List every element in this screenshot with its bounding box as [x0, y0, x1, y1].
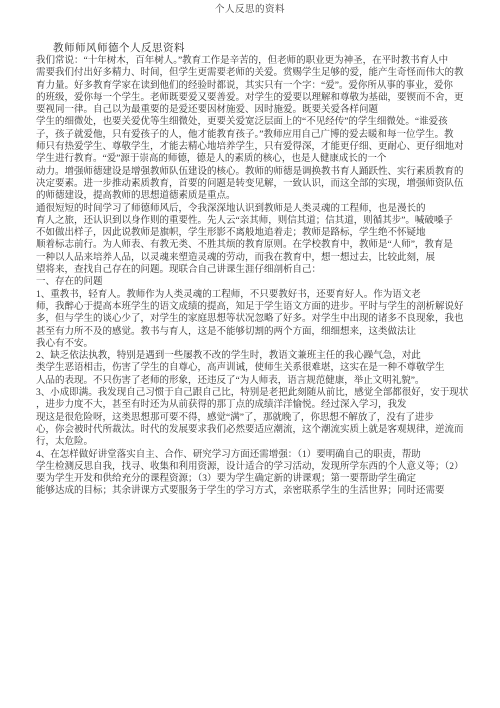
body-line: 育力量。好多教育学家在读到他们的经验时都说，其实只有一个字：“爱”。爱你所从事的… [36, 80, 470, 92]
body-line: 需要我们付出好多精力、时间，但学生更需要老师的关爱。赏赐学生足够的爱，能产生奇怪… [36, 67, 470, 79]
document-content: 教师师风师德个人反思资料 我们常说：“十年树木，百年树人。”教育工作是辛苦的，但… [36, 42, 470, 498]
body-line: 2、缺乏依法执教，特别是遇到一些屡教不改的学生时，教语文兼班主任的我心躁气急，对… [36, 350, 470, 362]
document-page: 个人反思的资料 教师师风师德个人反思资料 我们常说：“十年树木，百年树人。”教育… [0, 0, 500, 708]
body-line: 决定要素。进一步推动素质教育，首要的问题是转变见解，一致认识，而这全部的实现，增… [36, 178, 470, 190]
body-line: 育人之旅，还认识到以身作则的重要性。先人云“亲其师，则信其道；信其道，则循其步”… [36, 215, 470, 227]
document-title: 教师师风师德个人反思资料 [53, 42, 470, 55]
body-line: 多，但与学生的谈心少了，对学生的家庭思想等状况忽略了好多。对学生中出现的诸多不良… [36, 313, 470, 325]
body-line: 学生检测反思自我，找寻、收集和利用资源，设计适合的学习活动，发现所学东西的个人意… [36, 461, 470, 473]
body-line: 师只有热爱学生、尊敬学生，才能去精心地培养学生，只有爱得深，才能更仔细、更耐心、… [36, 141, 470, 153]
body-line: 人品的表现。不只伤害了老师的形象，还违反了“为人师表，语言规范健康，举止文明礼貌… [36, 375, 470, 387]
body-line: 心，你会被时代所裁汰。时代的发展要求我们必然要适应潮流，这个潮流实质上就是客观规… [36, 424, 470, 436]
body-line: 类学生恶语相击，伤害了学生的自尊心，高声训诫，使师生关系很难堪，这实在是一种不尊… [36, 362, 470, 374]
body-line: 学生的细微处，也要关爱优等生细微处，更要关爱宽泛层面上的“不见经传”的学生细微处… [36, 116, 470, 128]
body-line: 我们常说：“十年树木，百年树人。”教育工作是辛苦的，但老师的职业更为神圣，在平时… [36, 55, 470, 67]
body-line: 一种以人品来培养人品，以灵魂来塑造灵魂的劳动，而我在教育中，想一想过去，比较此刻… [36, 252, 470, 264]
body-line: 通很短短的时间学习了师德师风后，令我深深地认识到教师是人类灵魂的工程师，也是漫长… [36, 203, 470, 215]
body-line: 我心有不安。 [36, 338, 470, 350]
body-line: 的班级，爱你每一个学生。老师既要爱又要善爱。对学生的爱要以理解和尊敬为基础，要锲… [36, 92, 470, 104]
body-line: 学生进行教育。“爱”源于崇高的师德，德是人的素质的核心，也是人健康成长的一个 [36, 153, 470, 165]
body-line: 行，太危险。 [36, 436, 470, 448]
body-line: 子，孩子就爱他，只有爱孩子的人，他才能教育孩子。”教师应用自己广博的爱去暖和每一… [36, 129, 470, 141]
body-line: 甚至有力所不及的感觉。教书与育人，这是不能够切割的两个方面，细细想来，这类做法让 [36, 326, 470, 338]
body-line: ，进步力度不大，甚至有时还为从前获得的那丁点的成绩洋洋愉悦。经过深入学习，我发 [36, 399, 470, 411]
running-header: 个人反思的资料 [0, 4, 500, 16]
body-line: 望将来，查找自己存在的问题。现联合自己讲课生涯仔细剖析自己： [36, 264, 470, 276]
body-line: 动力。增强师德建设是增强教师队伍建设的核心。教师的师德是调换教书育人踊跃性、实行… [36, 166, 470, 178]
body-line: 一、存在的问题 [36, 276, 470, 288]
body-line: 1、重教书，轻育人。教师作为人类灵魂的工程师，不只要教好书，还要育好人。作为语文… [36, 289, 470, 301]
body-line: 不如做出样子，因此说教师是旗帜，学生形影不离般地追着走；教师是路标，学生绝不怀疑… [36, 227, 470, 239]
body-line: 要视同一律。自己以为最重要的是爱还要因材施爱、因时施爱。既要关爱各样问题 [36, 104, 470, 116]
body-line: 现这是很危险呀，这类思想那可要不得，感觉“满”了，那就晚了，你思想不解放了，没有… [36, 412, 470, 424]
body-line: 的师德建设，提高教师的思想道德素质是重点。 [36, 190, 470, 202]
document-body: 我们常说：“十年树木，百年树人。”教育工作是辛苦的，但老师的职业更为神圣，在平时… [36, 55, 470, 498]
body-line: 能够达成的目标；其余讲课方式要服务于学生的学习方式，亲密联系学生的生活世界；同时… [36, 485, 470, 497]
body-line: 4、在怎样做好讲堂落实自主、合作、研究学习方面还需增强：（1）要明确自己的职责，… [36, 449, 470, 461]
body-line: 3、小成即满。我发现自己习惯于自己跟自己比，特别是老把此刻随从前比，感觉全部都很… [36, 387, 470, 399]
body-line: 要为学生开发和供给充分的课程资源；（3）要为学生确定新的讲课观；第一要帮助学生确… [36, 473, 470, 485]
body-line: 师，我醉心于提高本班学生的语文成绩的提高，知足于学生语文方面的进步。平时与学生的… [36, 301, 470, 313]
body-line: 顺着标志前行。为人师表、有教无类、不胜其烦的教育原则。在学校教育中，教师是“人师… [36, 239, 470, 251]
